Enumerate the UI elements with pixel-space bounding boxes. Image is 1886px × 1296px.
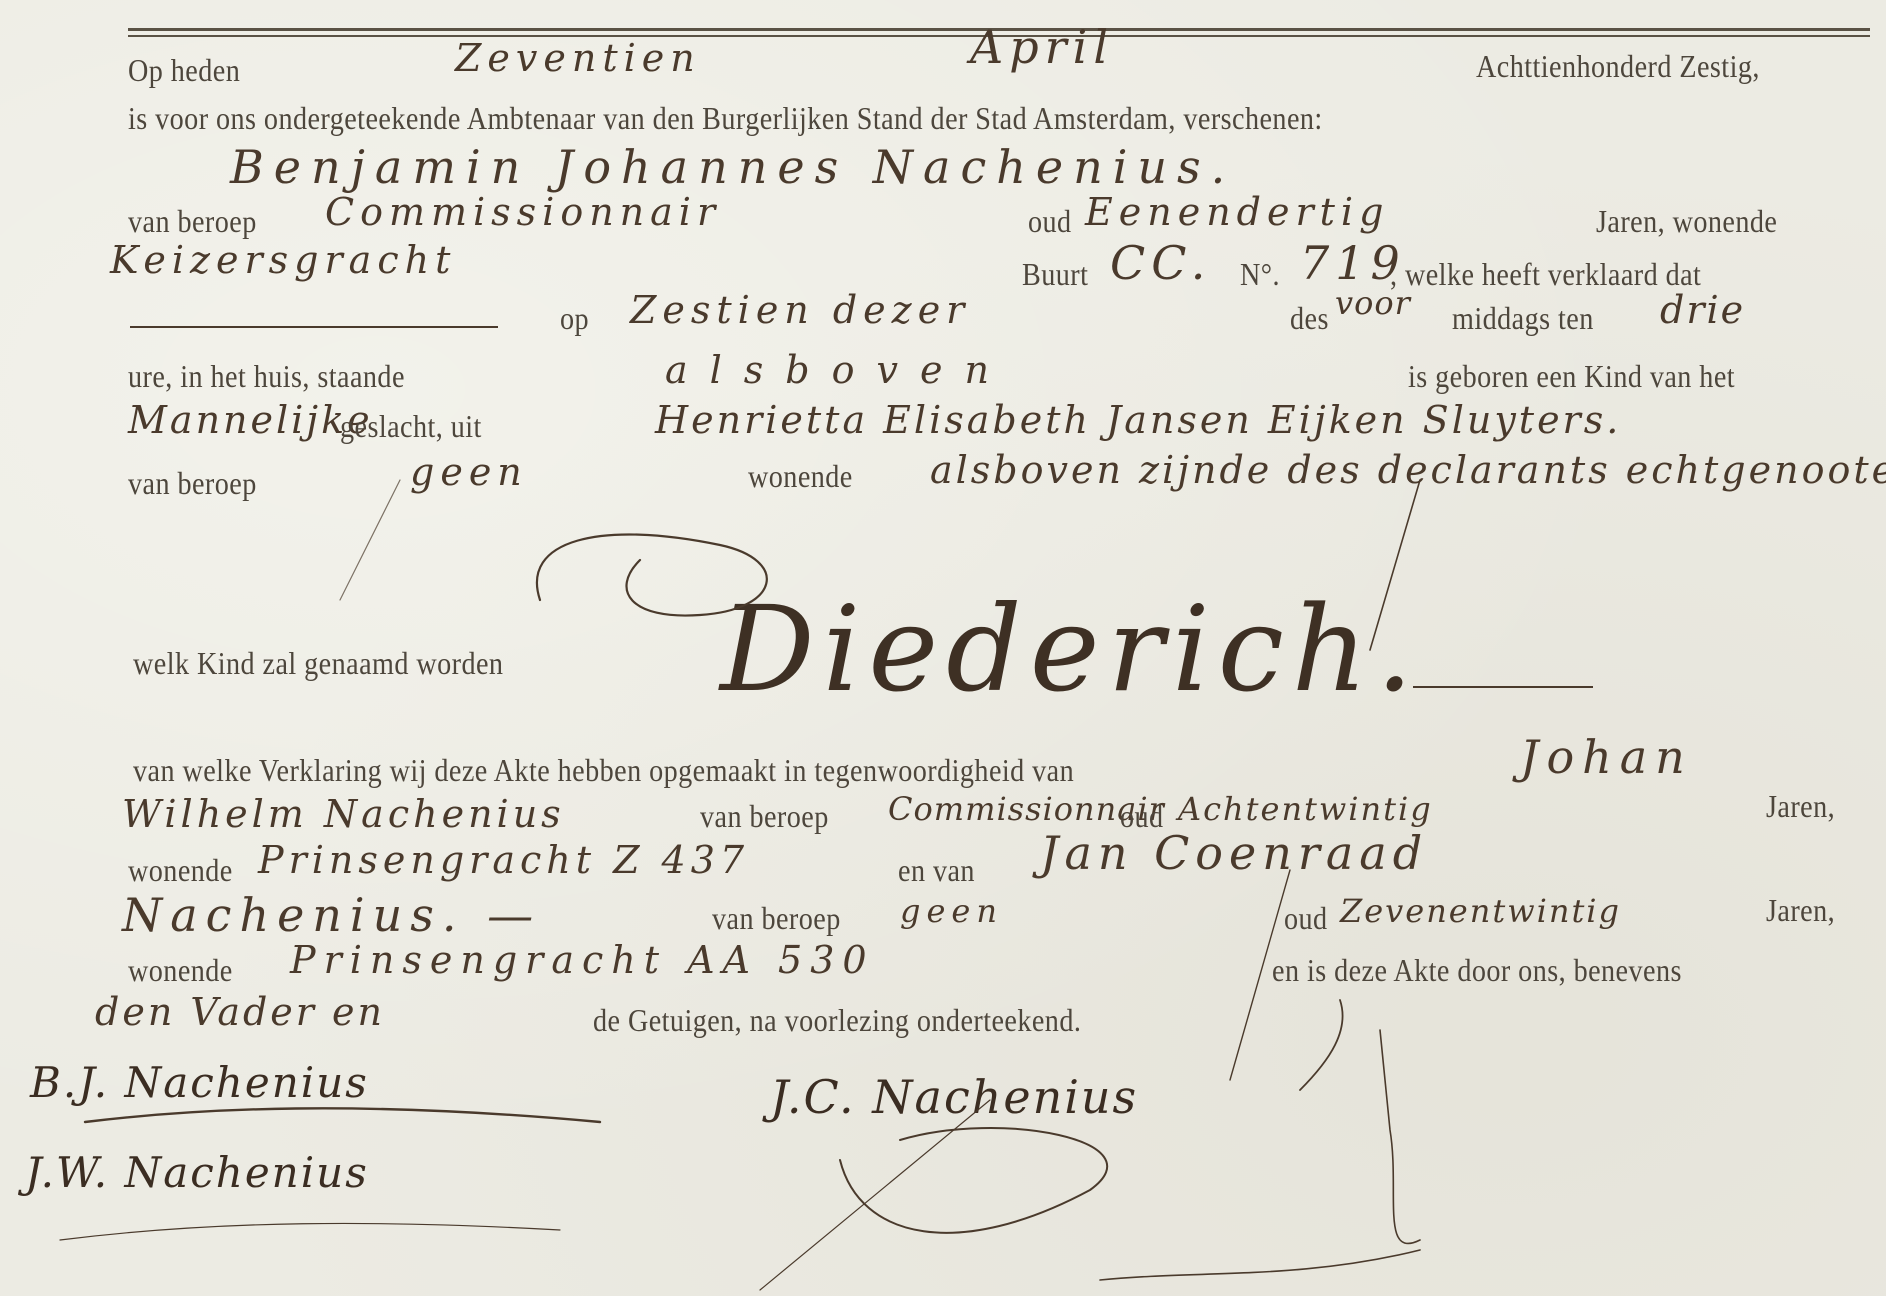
handwritten-declarant-age: Eenendertig (1085, 190, 1389, 234)
printed-geslacht-uit: geslacht, uit (340, 408, 482, 445)
printed-akte-door-ons: en is deze Akte door ons, benevens (1272, 952, 1682, 989)
signature-witness2: J.C. Nachenius (770, 1070, 1138, 1124)
handwritten-witness2-age: Zevenentwintig (1340, 892, 1621, 930)
printed-mother-van-beroep: van beroep (128, 465, 257, 502)
handwritten-sex: Mannelijke (128, 398, 373, 442)
printed-buurt: Buurt (1022, 256, 1088, 293)
printed-des: des (1290, 300, 1329, 337)
printed-van-beroep: van beroep (128, 203, 257, 240)
handwritten-witness1-first: Johan (1520, 730, 1693, 784)
handwritten-day: Zeventien (455, 36, 701, 80)
handwritten-mother-residence: alsboven zijnde des declarants echtgenoo… (930, 448, 1886, 492)
printed-child-name-label: welk Kind zal genaamd worden (133, 645, 503, 682)
printed-number-label: N°. (1240, 256, 1280, 293)
printed-witness1-beroep: van beroep (700, 798, 829, 835)
printed-mother-wonende: wonende (748, 458, 853, 495)
printed-in-het-huis: ure, in het huis, staande (128, 358, 405, 395)
printed-witness2-jaren: Jaren, (1766, 892, 1835, 929)
handwritten-month: April (970, 20, 1114, 74)
printed-verklaring: van welke Verklaring wij deze Akte hebbe… (133, 752, 1074, 789)
filler-dash-line (130, 326, 498, 328)
printed-oud: oud (1028, 203, 1072, 240)
printed-op-heden: Op heden (128, 52, 240, 89)
handwritten-witness1-age: Achtentwintig (1178, 790, 1433, 828)
printed-year: Achttienhonderd Zestig, (1476, 48, 1760, 85)
handwritten-child-name: Diederich. (720, 580, 1421, 718)
handwritten-father-and: den Vader en (95, 990, 385, 1034)
printed-en-van: en van (898, 852, 975, 889)
handwritten-witness1-residence: Prinsengracht Z 437 (258, 838, 749, 882)
printed-witness1-jaren: Jaren, (1766, 788, 1835, 825)
printed-registrar-statement: is voor ons ondergeteekende Ambtenaar va… (128, 100, 1323, 137)
handwritten-witness2-residence: Prinsengracht AA 530 (290, 938, 875, 982)
printed-middags-ten: middags ten (1452, 300, 1594, 337)
handwritten-time-of-day: voor (1335, 284, 1411, 322)
handwritten-declarant-occupation: Commissionnair (325, 190, 721, 234)
printed-is-geboren: is geboren een Kind van het (1408, 358, 1735, 395)
handwritten-declarant-name: Benjamin Johannes Nachenius. (230, 140, 1235, 194)
handwritten-witness2-occupation: geen (900, 892, 1003, 930)
handwritten-house-location: alsboven (665, 348, 1011, 392)
handwritten-witness1-rest: Wilhelm Nachenius (122, 792, 565, 836)
signature-declarant: B.J. Nachenius (30, 1058, 369, 1107)
printed-jaren-wonende: Jaren, wonende (1596, 203, 1777, 240)
printed-op: op (560, 300, 589, 337)
printed-witness2-oud: oud (1284, 900, 1328, 937)
handwritten-witness2-rest: Nachenius. — (122, 888, 541, 942)
printed-witness2-wonende: wonende (128, 952, 233, 989)
handwritten-witness2-first: Jan Coenraad (1040, 826, 1428, 880)
printed-getuigen-onderteekend: de Getuigen, na voorlezing onderteekend. (593, 1002, 1081, 1039)
handwritten-buurt: CC. (1110, 236, 1211, 290)
signature-witness1: J.W. Nachenius (25, 1148, 369, 1197)
printed-witness2-beroep: van beroep (712, 900, 841, 937)
handwritten-hour: drie (1660, 288, 1745, 332)
printed-witness1-wonende: wonende (128, 852, 233, 889)
handwritten-birth-day: Zestien dezer (630, 288, 970, 332)
handwritten-declarant-street: Keizersgracht (110, 238, 456, 282)
filler-dash-line (1413, 686, 1593, 688)
printed-declared: , welke heeft verklaard dat (1390, 256, 1701, 293)
birth-certificate-page: Op heden Zeventien April Achttienhonderd… (0, 0, 1886, 1296)
handwritten-mother-occupation: geen (410, 450, 528, 494)
handwritten-mother-name: Henrietta Elisabeth Jansen Eijken Sluyte… (655, 398, 1621, 442)
